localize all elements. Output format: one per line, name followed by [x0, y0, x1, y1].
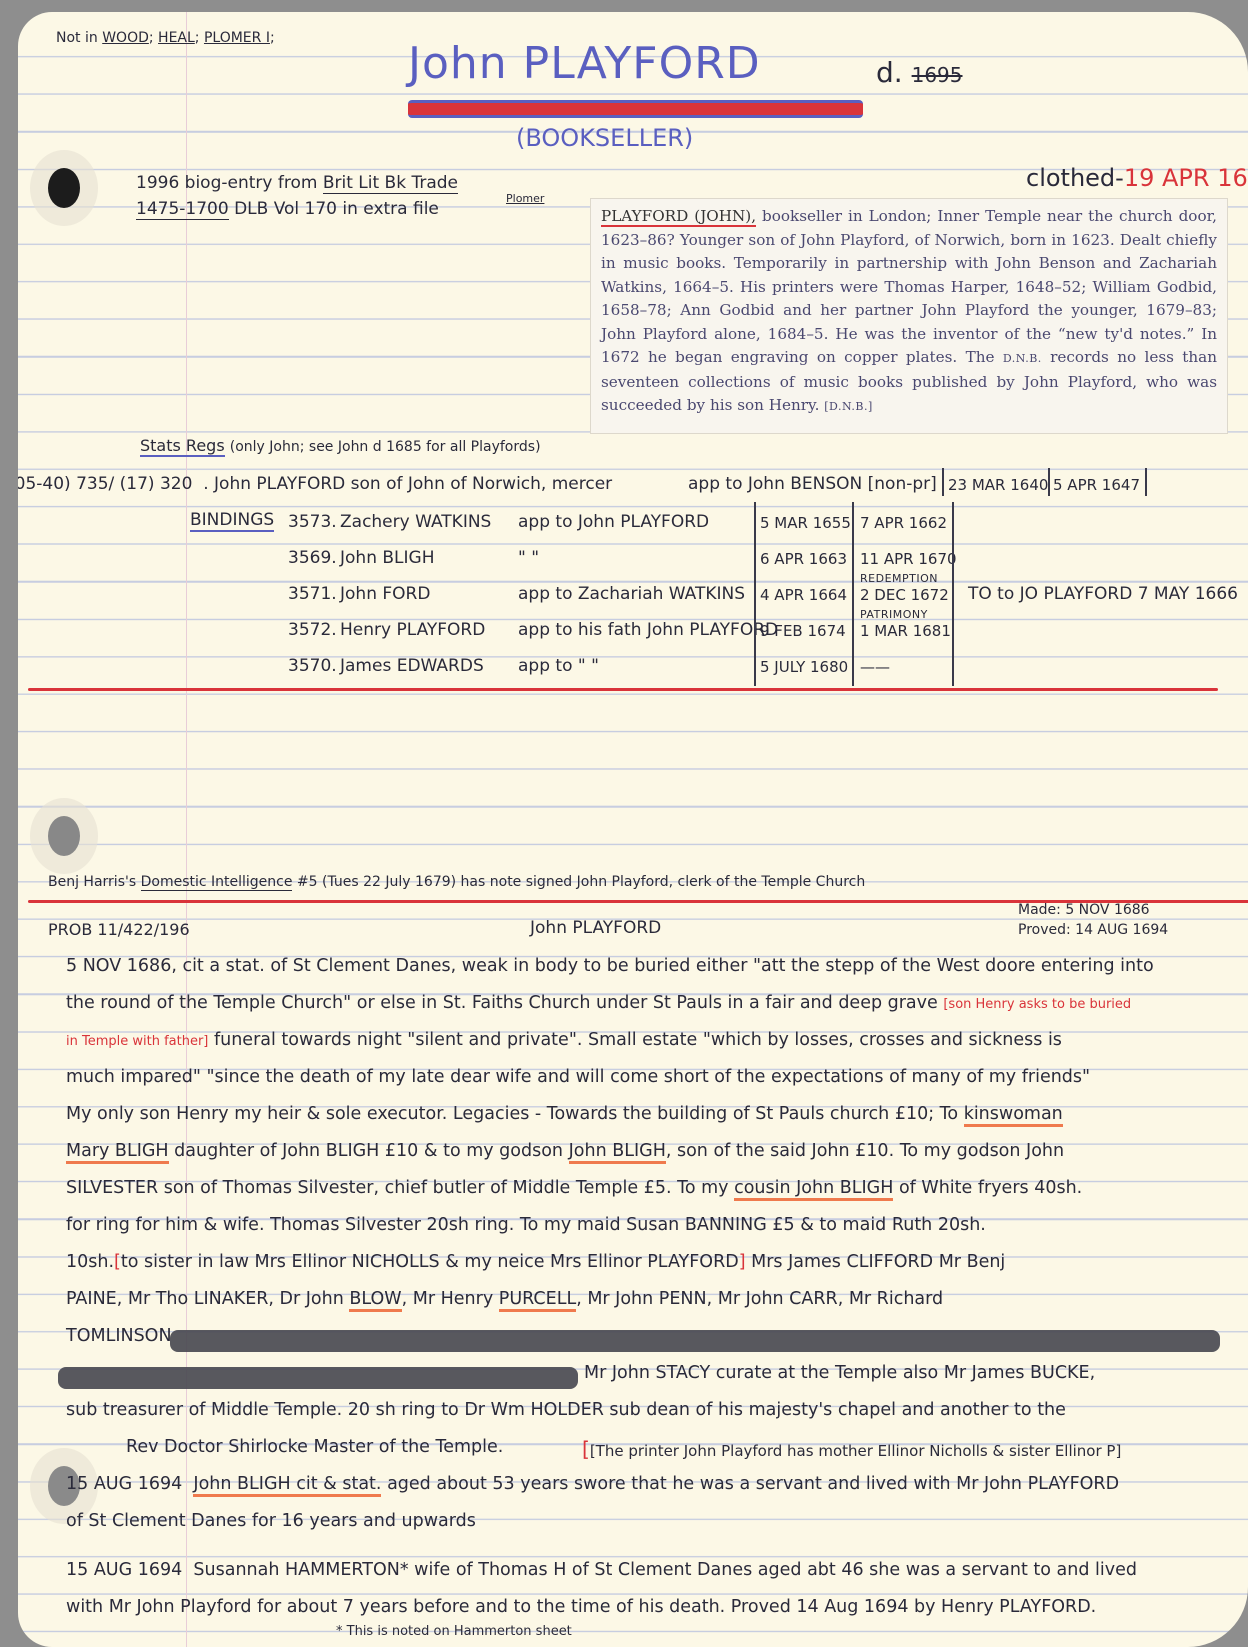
bligh-deposition-cont: of St Clement Danes for 16 years and upw… [66, 1511, 476, 1531]
will-line: in Temple with father] funeral towards n… [66, 1030, 1062, 1050]
binding-bound-date: 5 MAR 1655 [760, 514, 851, 532]
will-line: 5 NOV 1686, cit a stat. of St Clement Da… [66, 956, 1154, 976]
occupation-subtitle: (BOOKSELLER) [516, 124, 693, 152]
binding-master: " " [518, 548, 539, 568]
binding-bound-date: 4 APR 1664 [760, 586, 847, 604]
bio-note: 1996 biog-entry from Brit Lit Bk Trade 1… [136, 170, 458, 222]
binding-number: 3572. [288, 620, 337, 640]
binding-number: 3570. [288, 656, 337, 676]
binding-apprentice: John FORD [340, 584, 430, 604]
footnote: * This is noted on Hammerton sheet [336, 1624, 572, 1639]
binding-note: PATRIMONY [860, 608, 928, 621]
binding-bound-date: 9 FEB 1674 [760, 622, 846, 640]
clothed-date: clothed-19 APR 1661 [1026, 164, 1248, 192]
redaction-mark [58, 1367, 578, 1389]
will-line: SILVESTER son of Thomas Silvester, chief… [66, 1178, 1082, 1198]
apprentice-freed-date: 5 APR 1647 [1053, 476, 1140, 494]
apprentice-master: app to John BENSON [non-pr] [688, 474, 937, 494]
title-underline [408, 100, 863, 118]
punch-hole [48, 816, 80, 856]
redaction-mark [170, 1330, 1220, 1352]
binding-freed-date: 7 APR 1662 [860, 514, 947, 532]
binding-number: 3571. [288, 584, 337, 604]
binding-freed-date: 2 DEC 1672 [860, 586, 949, 604]
will-line: Rev Doctor Shirlocke Master of the Templ… [126, 1437, 503, 1457]
will-line: the round of the Temple Church" or else … [66, 993, 1131, 1013]
will-line: Mary BLIGH daughter of John BLIGH £10 & … [66, 1141, 1064, 1161]
will-line: 10sh.[to sister in law Mrs Ellinor NICHO… [66, 1252, 1005, 1272]
binding-number: 3569. [288, 548, 337, 568]
binding-freed-date: 1 MAR 1681 [860, 622, 951, 640]
will-heading: John PLAYFORD [530, 918, 661, 938]
binding-freed-date: —— [860, 658, 890, 676]
binding-master: app to his fath John PLAYFORD [518, 620, 778, 640]
bligh-deposition: 15 AUG 1694 John BLIGH cit & stat. aged … [66, 1474, 1119, 1494]
will-line: My only son Henry my heir & sole executo… [66, 1104, 1063, 1124]
apprentice-bound-date: 23 MAR 1640 [948, 476, 1048, 494]
binding-master: app to John PLAYFORD [518, 512, 709, 532]
index-card-sheet: Not in WOOD; HEAL; PLOMER I; John PLAYFO… [18, 12, 1248, 1647]
binding-apprentice: Henry PLAYFORD [340, 620, 485, 640]
binding-bound-date: 6 APR 1663 [760, 550, 847, 568]
binding-freed-date: 11 APR 1670 [860, 550, 957, 568]
binding-master: app to Zachariah WATKINS [518, 584, 745, 604]
will-line: sub treasurer of Middle Temple. 20 sh ri… [66, 1400, 1066, 1420]
not-in-references: Not in WOOD; HEAL; PLOMER I; [56, 30, 275, 46]
will-line: TOMLINSON [66, 1326, 172, 1346]
hammerton-deposition-cont: with Mr John Playford for about 7 years … [66, 1597, 1096, 1617]
will-line: much impared" "since the death of my lat… [66, 1067, 1090, 1087]
death-note: d. 1695 [876, 56, 963, 89]
binding-apprentice: Zachery WATKINS [340, 512, 491, 532]
binding-bound-date: 5 JULY 1680 [760, 658, 848, 676]
binding-apprentice: John BLIGH [340, 548, 434, 568]
bindings-label: BINDINGS [190, 510, 274, 530]
binding-number: 3573. [288, 512, 337, 532]
will-line: Mr John STACY curate at the Temple also … [584, 1363, 1095, 1383]
binding-master: app to " " [518, 656, 599, 676]
will-proved-date: Proved: 14 AUG 1694 [1018, 922, 1168, 938]
will-line: for ring for him & wife. Thomas Silveste… [66, 1215, 986, 1235]
printer-note: [[The printer John Playford has mother E… [582, 1437, 1121, 1461]
punch-hole [48, 168, 80, 208]
printed-clipping: PLAYFORD (JOHN), bookseller in London; I… [590, 198, 1228, 434]
domestic-intelligence-note: Benj Harris's Domestic Intelligence #5 (… [48, 874, 865, 890]
hammerton-deposition: 15 AUG 1694 Susannah HAMMERTON* wife of … [66, 1560, 1137, 1580]
page-title: John PLAYFORD [408, 38, 761, 89]
binding-note: REDEMPTION [860, 572, 938, 585]
will-made-date: Made: 5 NOV 1686 [1018, 902, 1150, 918]
clipping-head: PLAYFORD (JOHN), [601, 207, 756, 227]
will-reference: PROB 11/422/196 [48, 920, 190, 939]
binding-apprentice: James EDWARDS [340, 656, 484, 676]
will-line: PAINE, Mr Tho LINAKER, Dr John BLOW, Mr … [66, 1289, 943, 1309]
apprentice-entry: (05-40) 735/ (17) 320 . John PLAYFORD so… [18, 474, 612, 494]
clipping-source-label: Plomer [506, 192, 544, 205]
binding-extra: TO to JO PLAYFORD 7 MAY 1666 [968, 584, 1238, 604]
stats-regs-heading: Stats Regs (only John; see John d 1685 f… [140, 436, 541, 455]
